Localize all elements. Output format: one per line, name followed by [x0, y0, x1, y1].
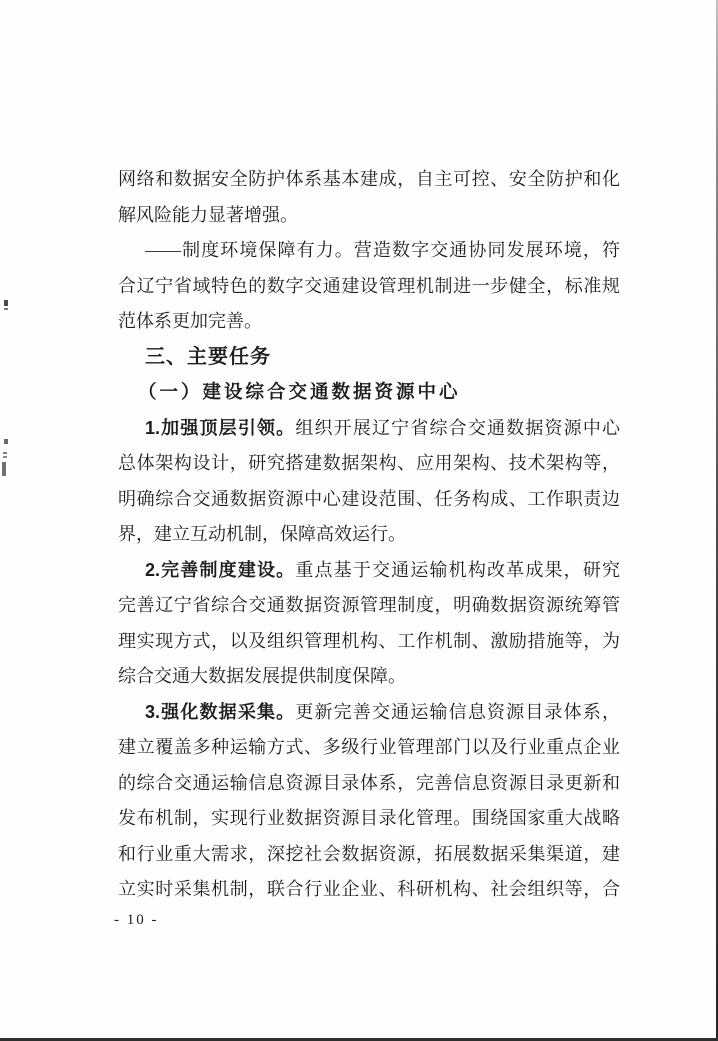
section-heading: 三、主要任务 [118, 340, 620, 376]
scan-speck [4, 300, 8, 306]
text-line: 3.强化数据采集。更新完善交通运输信息资源目录体系， [118, 695, 620, 731]
line-text: 网络和数据安全防护体系基本建成，自主可控、安全防护和化 [118, 169, 620, 189]
line-text: 立实时采集机制，联合行业企业、科研机构、社会组织等，合 [118, 879, 620, 899]
scan-speck [3, 456, 7, 458]
text-line: 完善辽宁省综合交通数据资源管理制度，明确数据资源统筹管 [118, 588, 620, 624]
line-text: 合辽宁省域特色的数字交通建设管理机制进一步健全，标准规 [118, 276, 620, 296]
text-line: 1.加强顶层引领。组织开展辽宁省综合交通数据资源中心 [118, 411, 620, 447]
paragraph-lead: 3.强化数据采集。 [145, 702, 295, 722]
paragraph-lead: 2.完善制度建设。 [145, 560, 295, 580]
line-text: 建立覆盖多种运输方式、多级行业管理部门以及行业重点企业 [118, 737, 620, 757]
line-text: 总体架构设计，研究搭建数据架构、应用架构、技术架构等， [118, 453, 620, 473]
line-text: 解风险能力显著增强。 [118, 205, 298, 225]
text-line: 界，建立互动机制，保障高效运行。 [118, 517, 620, 553]
line-text: 重点基于交通运输机构改革成果，研究 [295, 560, 620, 580]
text-line: 理实现方式，以及组织管理机构、工作机制、激励措施等，为 [118, 624, 620, 660]
paragraph-lead: 1.加强顶层引领。 [145, 418, 295, 438]
line-text: ——制度环境保障有力。营造数字交通协同发展环境，符 [145, 240, 620, 260]
line-text: 发布机制，实现行业数据资源目录化管理。围绕国家重大战略 [118, 808, 620, 828]
text-line: 网络和数据安全防护体系基本建成，自主可控、安全防护和化 [118, 162, 620, 198]
text-line: 和行业重大需求，深挖社会数据资源，拓展数据采集渠道，建 [118, 837, 620, 873]
text-line: 总体架构设计，研究搭建数据架构、应用架构、技术架构等， [118, 446, 620, 482]
line-text: 的综合交通运输信息资源目录体系，完善信息资源目录更新和 [118, 773, 620, 793]
subsection-heading: （一）建设综合交通数据资源中心 [118, 375, 620, 411]
line-text: 理实现方式，以及组织管理机构、工作机制、激励措施等，为 [118, 631, 620, 651]
text-line: ——制度环境保障有力。营造数字交通协同发展环境，符 [118, 233, 620, 269]
heading-text: （一）建设综合交通数据资源中心 [138, 383, 461, 403]
scan-speck [4, 308, 8, 310]
line-text: 和行业重大需求，深挖社会数据资源，拓展数据采集渠道，建 [118, 844, 620, 864]
page-number: - 10 - [114, 912, 159, 929]
text-line: 解风险能力显著增强。 [118, 198, 620, 234]
text-line: 立实时采集机制，联合行业企业、科研机构、社会组织等，合 [118, 872, 620, 908]
line-text: 界，建立互动机制，保障高效运行。 [118, 524, 406, 544]
line-text: 组织开展辽宁省综合交通数据资源中心 [295, 418, 620, 438]
line-text: 综合交通大数据发展提供制度保障。 [118, 666, 406, 686]
text-line: 综合交通大数据发展提供制度保障。 [118, 659, 620, 695]
document-text: 网络和数据安全防护体系基本建成，自主可控、安全防护和化 解风险能力显著增强。 —… [118, 162, 620, 908]
scan-speck [2, 462, 6, 476]
line-text: 完善辽宁省综合交通数据资源管理制度，明确数据资源统筹管 [118, 595, 620, 615]
text-line: 的综合交通运输信息资源目录体系，完善信息资源目录更新和 [118, 766, 620, 802]
text-line: 发布机制，实现行业数据资源目录化管理。围绕国家重大战略 [118, 801, 620, 837]
text-line: 范体系更加完善。 [118, 304, 620, 340]
line-text: 更新完善交通运输信息资源目录体系， [295, 702, 620, 722]
scan-speck [3, 452, 7, 454]
line-text: 范体系更加完善。 [118, 311, 262, 331]
heading-text: 三、主要任务 [145, 346, 271, 368]
text-line: 明确综合交通数据资源中心建设范围、任务构成、工作职责边 [118, 482, 620, 518]
text-line: 建立覆盖多种运输方式、多级行业管理部门以及行业重点企业 [118, 730, 620, 766]
scanned-document-page: 网络和数据安全防护体系基本建成，自主可控、安全防护和化 解风险能力显著增强。 —… [0, 0, 718, 1041]
text-line: 合辽宁省域特色的数字交通建设管理机制进一步健全，标准规 [118, 269, 620, 305]
line-text: 明确综合交通数据资源中心建设范围、任务构成、工作职责边 [118, 489, 620, 509]
text-line: 2.完善制度建设。重点基于交通运输机构改革成果，研究 [118, 553, 620, 589]
scan-speck [4, 439, 8, 444]
